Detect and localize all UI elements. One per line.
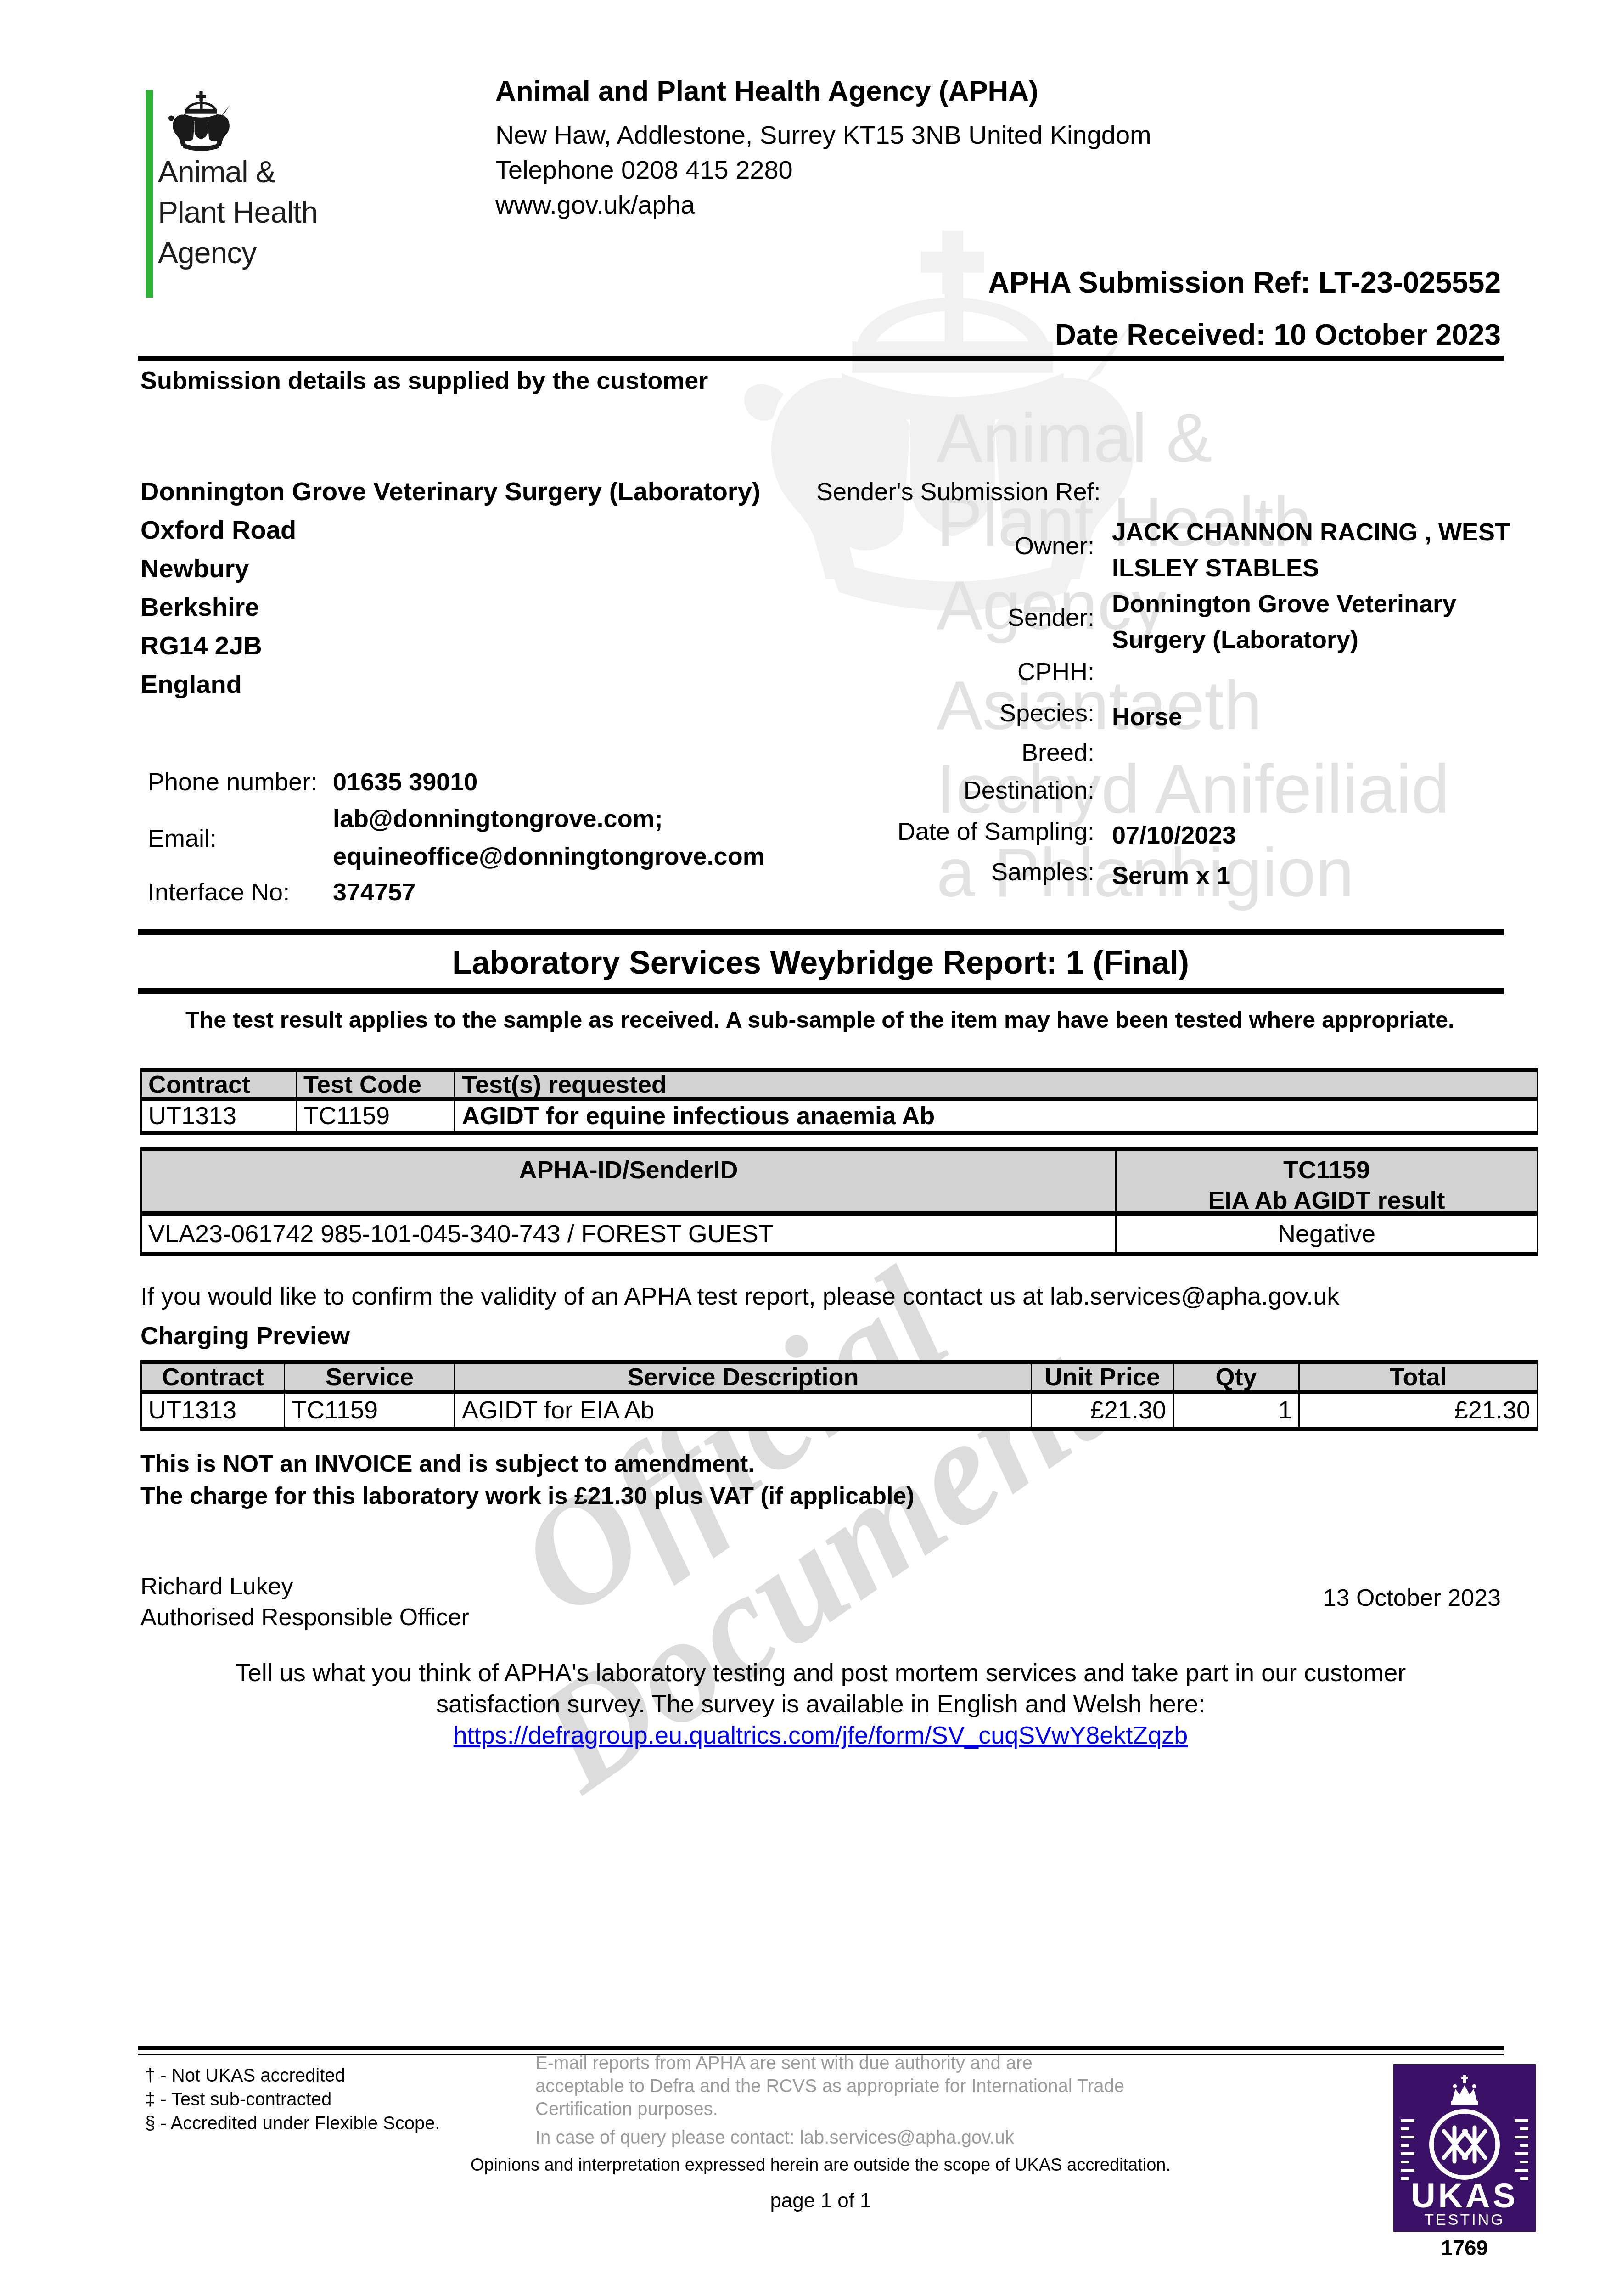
senders-ref-label: Sender's Submission Ref: — [816, 478, 1101, 506]
sender-label: Sender: — [816, 603, 1094, 632]
header-cell: Service Description — [455, 1364, 1032, 1390]
footnote-flexible-scope: § - Accredited under Flexible Scope. — [145, 2113, 440, 2134]
report-band-top — [138, 929, 1504, 935]
survey-text: satisfaction survey. The survey is avail… — [140, 1690, 1501, 1718]
table-row: UT1313 TC1159 AGIDT for EIA Ab £21.30 1 … — [142, 1394, 1537, 1427]
interface-value: 374757 — [333, 878, 415, 906]
lab-report-page: Animal & Plant Health Agency Asiantaeth … — [0, 0, 1622, 2296]
agency-address: New Haw, Addlestone, Surrey KT15 3NB Uni… — [495, 118, 1151, 222]
submission-section-heading: Submission details as supplied by the cu… — [140, 366, 708, 395]
sender-value: Donnington Grove Veterinary Surgery (Lab… — [1112, 586, 1525, 658]
service-description-cell: AGIDT for EIA Ab — [455, 1394, 1032, 1427]
watermark-text: Animal & — [937, 399, 1212, 478]
customer-address-block: Donnington Grove Veterinary Surgery (Lab… — [140, 472, 760, 703]
header-cell: Service — [285, 1364, 455, 1390]
table-header-row: APHA-ID/SenderID TC1159 EIA Ab AGIDT res… — [142, 1151, 1537, 1216]
owner-label: Owner: — [816, 532, 1094, 560]
not-invoice-note: This is NOT an INVOICE and is subject to… — [140, 1450, 755, 1478]
footnote-subcontracted: ‡ - Test sub-contracted — [145, 2089, 331, 2110]
table-row: VLA23-061742 985-101-045-340-743 / FORES… — [142, 1216, 1537, 1252]
destination-label: Destination: — [816, 776, 1094, 805]
report-note: The test result applies to the sample as… — [163, 1005, 1476, 1035]
address-line: New Haw, Addlestone, Surrey KT15 3NB Uni… — [495, 118, 1151, 152]
header-cell: Qty — [1174, 1364, 1300, 1390]
unit-price-cell: £21.30 — [1032, 1394, 1174, 1427]
ukas-scope-note: Opinions and interpretation expressed he… — [140, 2155, 1501, 2175]
agency-title: Animal and Plant Health Agency (APHA) — [495, 75, 1038, 107]
officer-role: Authorised Responsible Officer — [140, 1604, 469, 1631]
email-label: Email: — [148, 824, 217, 853]
date-received: Date Received: 10 October 2023 — [826, 318, 1501, 352]
query-contact-note: In case of query please contact: lab.ser… — [535, 2126, 1270, 2149]
royal-crest-icon — [160, 86, 242, 155]
header-cell: Contract — [142, 1364, 285, 1390]
samples-value: Serum x 1 — [1112, 858, 1525, 894]
report-band-bottom — [138, 988, 1504, 994]
header-cell: APHA-ID/SenderID — [142, 1151, 1117, 1211]
owner-value: JACK CHANNON RACING , WEST ILSLEY STABLE… — [1112, 514, 1525, 586]
table-header-row: Contract Service Service Description Uni… — [142, 1364, 1537, 1394]
email-value: lab@donningtongrove.com; equineoffice@do… — [333, 800, 765, 875]
address-line: England — [140, 665, 760, 703]
service-cell: TC1159 — [285, 1394, 455, 1427]
sampling-date-label: Date of Sampling: — [816, 817, 1094, 846]
survey-text: Tell us what you think of APHA's laborat… — [140, 1659, 1501, 1687]
tests-requested-table: Contract Test Code Test(s) requested UT1… — [140, 1068, 1538, 1135]
species-value: Horse — [1112, 699, 1525, 735]
header-cell: Test(s) requested — [455, 1072, 1537, 1097]
survey-link[interactable]: https://defragroup.eu.qualtrics.com/jfe/… — [454, 1722, 1188, 1749]
website-line: www.gov.uk/apha — [495, 187, 1151, 222]
phone-label: Phone number: — [148, 768, 317, 796]
header-cell: Total — [1300, 1364, 1537, 1390]
result-cell: Negative — [1117, 1216, 1537, 1252]
validity-note: If you would like to confirm the validit… — [140, 1282, 1339, 1311]
test-code-cell: TC1159 — [297, 1101, 455, 1131]
submission-ref: APHA Submission Ref: LT-23-025552 — [826, 265, 1501, 299]
address-line: RG14 2JB — [140, 626, 760, 665]
address-line: Berkshire — [140, 588, 760, 626]
report-title: Laboratory Services Weybridge Report: 1 … — [140, 944, 1501, 981]
contract-cell: UT1313 — [142, 1101, 297, 1131]
sampling-date-value: 07/10/2023 — [1112, 817, 1525, 853]
charge-note: The charge for this laboratory work is £… — [140, 1482, 915, 1510]
officer-name: Richard Lukey — [140, 1573, 293, 1600]
apha-wordmark: Animal & Plant Health Agency — [158, 152, 318, 273]
breed-label: Breed: — [816, 738, 1094, 767]
page-number: page 1 of 1 — [140, 2189, 1501, 2212]
qty-cell: 1 — [1174, 1394, 1300, 1427]
interface-label: Interface No: — [148, 878, 290, 906]
email-authority-note: E-mail reports from APHA are sent with d… — [535, 2052, 1270, 2121]
address-line: Newbury — [140, 549, 760, 588]
header-divider — [138, 356, 1504, 361]
ukas-accreditation-number: 1769 — [1393, 2235, 1536, 2260]
header-cell: Contract — [142, 1072, 297, 1097]
ukas-type-text: TESTING — [1424, 2211, 1504, 2228]
logo-green-bar — [146, 90, 153, 298]
report-date: 13 October 2023 — [826, 1584, 1501, 1612]
phone-value: 01635 39010 — [333, 768, 477, 796]
header-cell: TC1159 EIA Ab AGIDT result — [1117, 1151, 1537, 1211]
species-label: Species: — [816, 699, 1094, 727]
charging-preview-heading: Charging Preview — [140, 1322, 350, 1350]
test-requested-cell: AGIDT for equine infectious anaemia Ab — [455, 1101, 1537, 1131]
table-header-row: Contract Test Code Test(s) requested — [142, 1072, 1537, 1101]
sample-id-cell: VLA23-061742 985-101-045-340-743 / FORES… — [142, 1216, 1117, 1252]
header-cell: Unit Price — [1032, 1364, 1174, 1390]
cphh-label: CPHH: — [816, 658, 1094, 686]
results-table: APHA-ID/SenderID TC1159 EIA Ab AGIDT res… — [140, 1147, 1538, 1256]
footnote-not-accredited: † - Not UKAS accredited — [145, 2065, 345, 2086]
telephone-line: Telephone 0208 415 2280 — [495, 152, 1151, 187]
table-row: UT1313 TC1159 AGIDT for equine infectiou… — [142, 1101, 1537, 1131]
contract-cell: UT1313 — [142, 1394, 285, 1427]
charging-table: Contract Service Service Description Uni… — [140, 1360, 1538, 1431]
address-line: Oxford Road — [140, 511, 760, 549]
ukas-org-text: UKAS — [1411, 2177, 1518, 2215]
header-cell: Test Code — [297, 1072, 455, 1097]
samples-label: Samples: — [816, 858, 1094, 886]
footer-rule-thick — [138, 2046, 1504, 2050]
customer-name: Donnington Grove Veterinary Surgery (Lab… — [140, 472, 760, 511]
total-cell: £21.30 — [1300, 1394, 1537, 1427]
ukas-testing-logo: UKAS TESTING — [1393, 2064, 1536, 2232]
